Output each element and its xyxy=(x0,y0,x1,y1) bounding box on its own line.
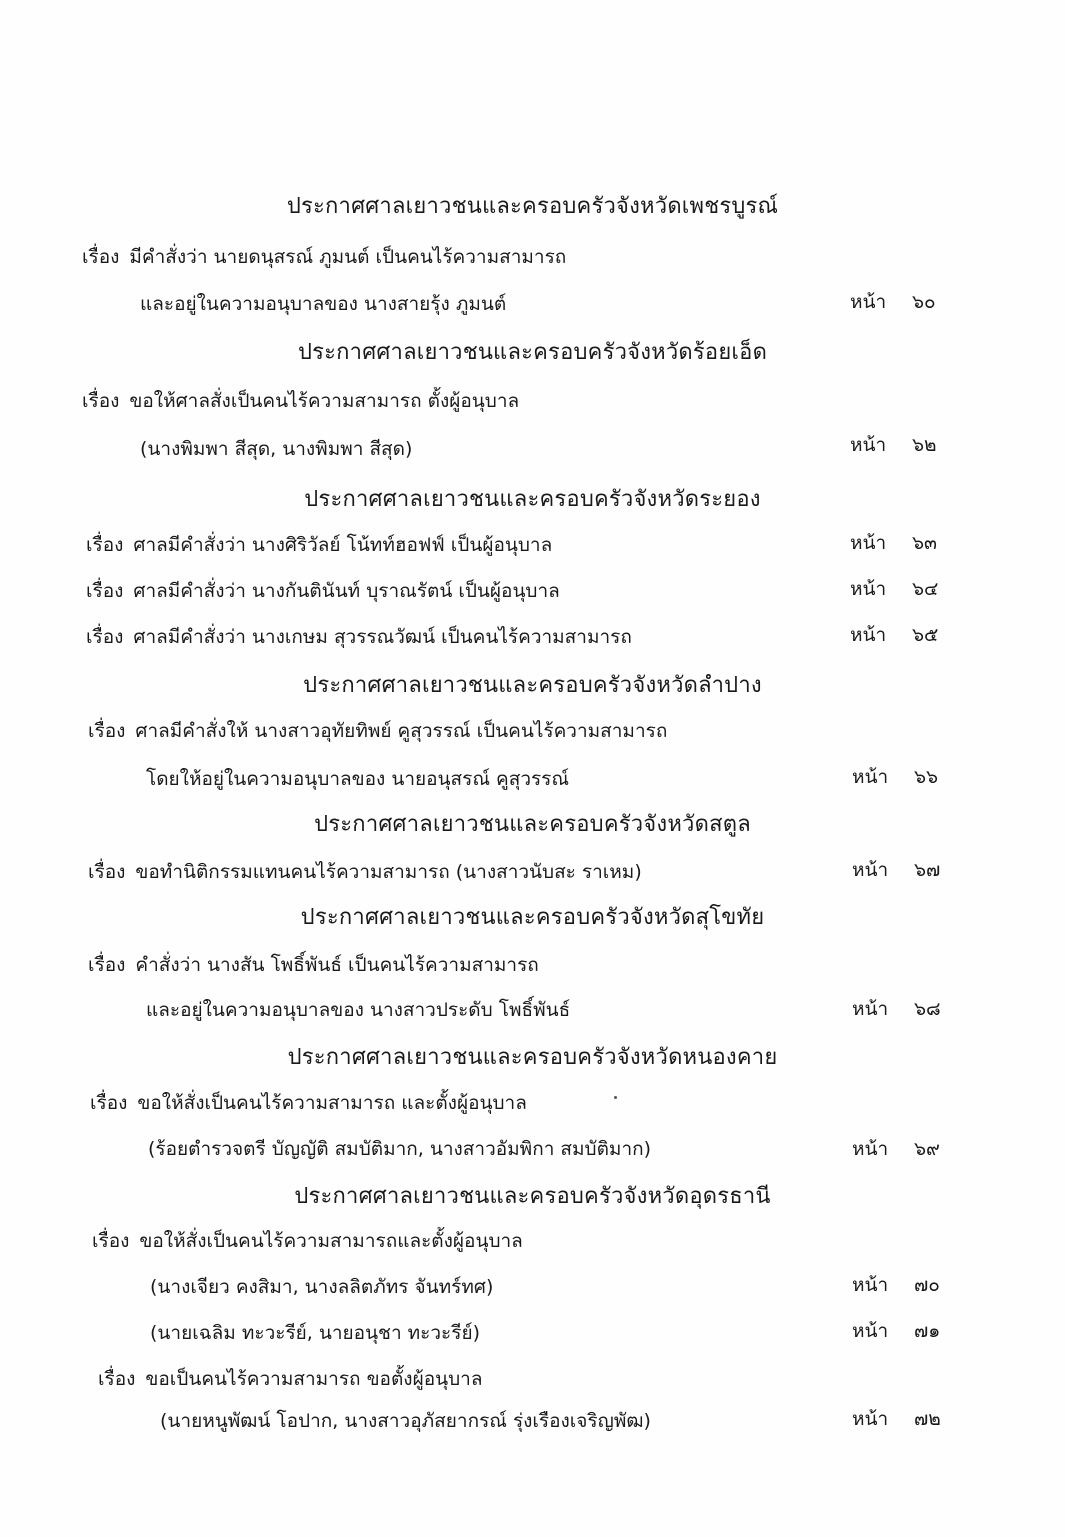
page-label: หน้า xyxy=(852,994,914,1024)
page-reference: หน้า๗๒ xyxy=(852,1404,941,1434)
section-heading-udon-thani: ประกาศศาลเยาวชนและครอบครัวจังหวัดอุดรธาน… xyxy=(0,1178,1065,1213)
subject-label: เรื่อง xyxy=(88,716,125,746)
section-heading-lampang: ประกาศศาลเยาวชนและครอบครัวจังหวัดลำปาง xyxy=(0,667,1065,702)
page-number: ๖๖ xyxy=(914,762,938,792)
subject-label: เรื่อง xyxy=(86,530,123,560)
page-label: หน้า xyxy=(850,528,912,558)
page-reference: หน้า๖๕ xyxy=(850,620,938,650)
entry-continuation: (นายเฉลิม ทะวะรีย์, นายอนุชา ทะวะรีย์) xyxy=(150,1318,480,1348)
section-heading-rayong: ประกาศศาลเยาวชนและครอบครัวจังหวัดระยอง xyxy=(0,481,1065,516)
page-reference: หน้า๖๙ xyxy=(852,1134,940,1164)
entry-text: ขอให้สั่งเป็นคนไร้ความสามารถและตั้งผู้อน… xyxy=(139,1230,522,1252)
subject-label: เรื่อง xyxy=(92,1226,129,1256)
page-label: หน้า xyxy=(852,1404,914,1434)
entry-text: ศาลมีคำสั่งให้ นางสาวอุทัยทิพย์ คูสุวรรณ… xyxy=(135,720,667,742)
page-number: ๗๒ xyxy=(914,1404,941,1434)
subject-label: เรื่อง xyxy=(98,1364,135,1394)
page-label: หน้า xyxy=(850,287,912,317)
page-number: ๖๘ xyxy=(914,994,941,1024)
section-heading-phetchabun: ประกาศศาลเยาวชนและครอบครัวจังหวัดเพชรบูร… xyxy=(0,188,1065,223)
entry-line: เรื่องขอเป็นคนไร้ความสามารถ ขอตั้งผู้อนุ… xyxy=(98,1364,483,1394)
entry-text: ศาลมีคำสั่งว่า นางกันตินันท์ บุราณรัตน์ … xyxy=(133,580,559,602)
entry-line: เรื่องขอให้สั่งเป็นคนไร้ความสามารถและตั้… xyxy=(92,1226,523,1256)
page-reference: หน้า๖๗ xyxy=(852,855,940,885)
subject-label: เรื่อง xyxy=(88,950,125,980)
page-label: หน้า xyxy=(852,1134,914,1164)
page-reference: หน้า๗๐ xyxy=(852,1270,940,1300)
entry-text: ศาลมีคำสั่งว่า นางศิริวัลย์ โน้ทท์ฮอฟฟ์ … xyxy=(133,534,552,556)
section-heading-nong-khai: ประกาศศาลเยาวชนและครอบครัวจังหวัดหนองคาย xyxy=(0,1039,1065,1074)
entry-line: เรื่องขอให้ศาลสั่งเป็นคนไร้ความสามารถ ตั… xyxy=(82,386,519,416)
entry-text: ศาลมีคำสั่งว่า นางเกษม สุวรรณวัฒน์ เป็นค… xyxy=(133,626,631,648)
page-number: ๖๙ xyxy=(914,1134,940,1164)
subject-label: เรื่อง xyxy=(82,242,119,272)
page-label: หน้า xyxy=(852,1316,914,1346)
page-number: ๗๐ xyxy=(914,1270,940,1300)
page-number: ๗๑ xyxy=(914,1316,940,1346)
entry-continuation: โดยให้อยู่ในความอนุบาลของ นายอนุสรณ์ คูส… xyxy=(146,764,569,794)
entry-line: เรื่องศาลมีคำสั่งว่า นางกันตินันท์ บุราณ… xyxy=(86,576,560,606)
page-label: หน้า xyxy=(850,620,912,650)
entry-text: มีคำสั่งว่า นายดนุสรณ์ ภูมนต์ เป็นคนไร้ค… xyxy=(129,246,566,268)
page-number: ๖๒ xyxy=(912,430,937,460)
entry-continuation: (นายหนูพัฒน์ โอปาก, นางสาวอุภัสยากรณ์ รุ… xyxy=(160,1406,651,1436)
page-number: ๖๔ xyxy=(912,574,938,604)
page-reference: หน้า๖๐ xyxy=(850,287,936,317)
entry-continuation: และอยู่ในความอนุบาลของ นางสาวประดับ โพธิ… xyxy=(146,995,570,1025)
page-label: หน้า xyxy=(852,1270,914,1300)
page-number: ๖๕ xyxy=(912,620,938,650)
entry-text: ขอให้ศาลสั่งเป็นคนไร้ความสามารถ ตั้งผู้อ… xyxy=(129,390,519,412)
entry-line: เรื่องศาลมีคำสั่งให้ นางสาวอุทัยทิพย์ คู… xyxy=(88,716,667,746)
entry-text: ขอให้สั่งเป็นคนไร้ความสามารถ และตั้งผู้อ… xyxy=(137,1092,526,1114)
entry-line: เรื่องศาลมีคำสั่งว่า นางเกษม สุวรรณวัฒน์… xyxy=(86,622,632,652)
entry-continuation: และอยู่ในความอนุบาลของ นางสายรุ้ง ภูมนต์ xyxy=(140,289,506,319)
page-label: หน้า xyxy=(850,430,912,460)
entry-text: คำสั่งว่า นางสัน โพธิ์พันธ์ เป็นคนไร้ควา… xyxy=(135,954,538,976)
entry-text: ขอทำนิติกรรมแทนคนไร้ความสามารถ (นางสาวนั… xyxy=(135,861,641,883)
page-reference: หน้า๖๒ xyxy=(850,430,937,460)
page-reference: หน้า๖๓ xyxy=(850,528,937,558)
entry-line: เรื่องศาลมีคำสั่งว่า นางศิริวัลย์ โน้ทท์… xyxy=(86,530,552,560)
scan-artifact xyxy=(614,1096,617,1099)
entry-continuation: (ร้อยตำรวจตรี บัญญัติ สมบัติมาก, นางสาวอ… xyxy=(148,1134,651,1164)
page-number: ๖๐ xyxy=(912,287,936,317)
page-reference: หน้า๖๔ xyxy=(850,574,938,604)
subject-label: เรื่อง xyxy=(82,386,119,416)
page-label: หน้า xyxy=(852,762,914,792)
page-number: ๖๓ xyxy=(912,528,937,558)
page-number: ๖๗ xyxy=(914,855,940,885)
subject-label: เรื่อง xyxy=(86,576,123,606)
page-reference: หน้า๖๖ xyxy=(852,762,938,792)
entry-line: เรื่องขอทำนิติกรรมแทนคนไร้ความสามารถ (นา… xyxy=(88,857,642,887)
page-label: หน้า xyxy=(852,855,914,885)
entry-text: ขอเป็นคนไร้ความสามารถ ขอตั้งผู้อนุบาล xyxy=(145,1368,482,1390)
document-page: ประกาศศาลเยาวชนและครอบครัวจังหวัดเพชรบูร… xyxy=(0,0,1065,1537)
page-reference: หน้า๖๘ xyxy=(852,994,941,1024)
page-label: หน้า xyxy=(850,574,912,604)
subject-label: เรื่อง xyxy=(90,1088,127,1118)
entry-continuation: (นางพิมพา สีสุด, นางพิมพา สีสุด) xyxy=(140,434,412,464)
subject-label: เรื่อง xyxy=(86,622,123,652)
subject-label: เรื่อง xyxy=(88,857,125,887)
entry-line: เรื่องขอให้สั่งเป็นคนไร้ความสามารถ และตั… xyxy=(90,1088,527,1118)
section-heading-sukhothai: ประกาศศาลเยาวชนและครอบครัวจังหวัดสุโขทัย xyxy=(0,899,1065,934)
section-heading-roi-et: ประกาศศาลเยาวชนและครอบครัวจังหวัดร้อยเอ็… xyxy=(0,334,1065,369)
entry-line: เรื่องมีคำสั่งว่า นายดนุสรณ์ ภูมนต์ เป็น… xyxy=(82,242,566,272)
section-heading-satun: ประกาศศาลเยาวชนและครอบครัวจังหวัดสตูล xyxy=(0,806,1065,841)
page-reference: หน้า๗๑ xyxy=(852,1316,940,1346)
entry-line: เรื่องคำสั่งว่า นางสัน โพธิ์พันธ์ เป็นคน… xyxy=(88,950,539,980)
entry-continuation: (นางเจียว คงสิมา, นางลลิตภัทร จันทร์ทศ) xyxy=(150,1272,493,1302)
